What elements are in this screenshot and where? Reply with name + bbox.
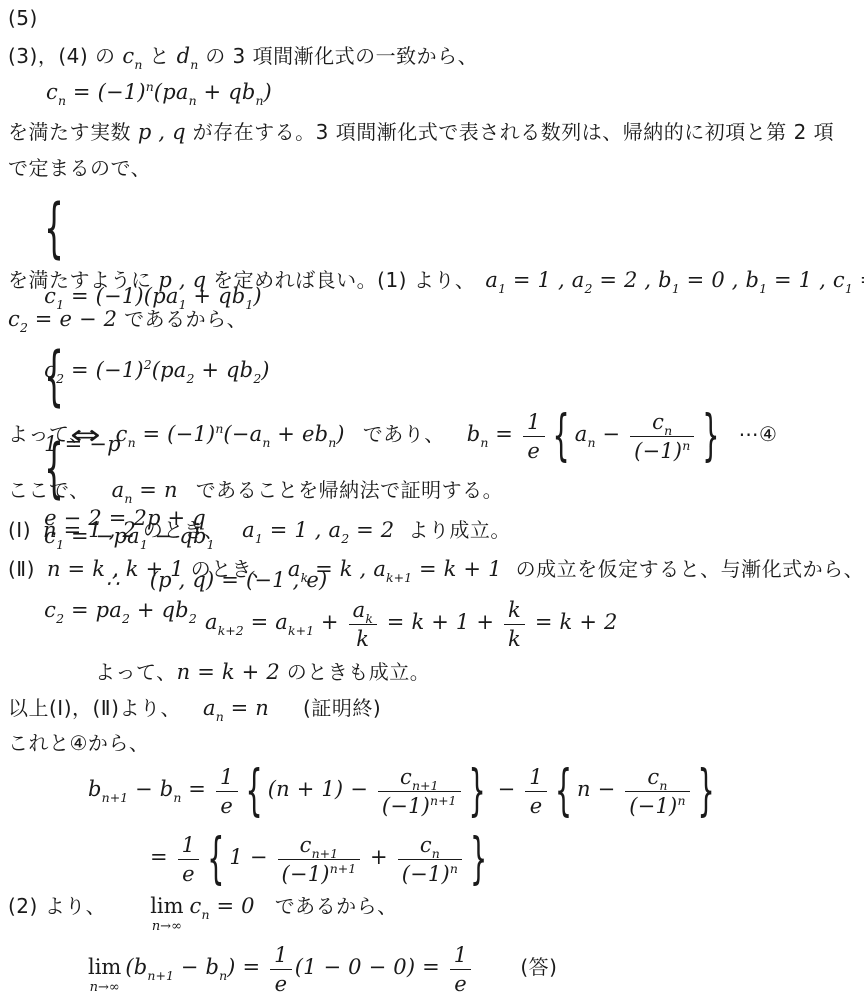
math-text: c [420, 833, 432, 857]
jp-text: のとき、 [143, 518, 224, 542]
math-text: p , q [138, 120, 186, 144]
curly-brace: { [553, 405, 570, 469]
line-step-conclusion: よって、n = k + 2 のときも成立。 [95, 656, 430, 685]
math-text: = 1 , [767, 268, 833, 292]
line-define-pq: を満たすように p , q を定めれば良い。(1) より、a1 = 1 , a2… [8, 264, 864, 293]
math-text: e [527, 439, 540, 463]
math-text: c [116, 422, 128, 446]
math-text: c [400, 765, 412, 789]
jp-text: であるから、 [275, 894, 398, 918]
math-text: a [373, 557, 386, 581]
math-text: k [508, 598, 521, 622]
fraction-numerator: cn [625, 765, 689, 792]
subscript: 1 [759, 281, 767, 296]
math-text: e [182, 862, 195, 886]
subscript: n [189, 93, 197, 108]
document-page: { "page": {"background": "#ffffff", "tex… [0, 0, 864, 999]
math-text: (− [223, 422, 249, 446]
fraction-denominator: k [504, 625, 525, 651]
line-recurrence-match: (3)，(4) の cn と dn の 3 項間漸化式の一致から、 [8, 40, 478, 69]
math-text: b [134, 955, 148, 979]
subscript: 2 [122, 611, 130, 626]
math-text: (−1) [402, 862, 450, 886]
limit-operator: limn→∞ [150, 896, 183, 933]
jp-text: より成立。 [408, 518, 511, 542]
fraction-numerator: 1 [450, 943, 472, 970]
subscript: k [365, 611, 373, 626]
subscript: n [202, 907, 210, 922]
math-text: b [467, 422, 481, 446]
jp-text: よって、 [8, 422, 90, 446]
math-text: (1 − 0 − 0) = [295, 955, 447, 979]
math-text: e [454, 972, 467, 996]
cases-brace-left: { [44, 191, 64, 267]
fraction-denominator: (−1)n+1 [278, 860, 361, 886]
subscript: 1 [672, 281, 680, 296]
math-text: (−1) [629, 794, 677, 818]
formula-final-answer: limn→∞(bn+1 − bn) = 1e(1 − 0 − 0) = 1e(答… [88, 943, 557, 996]
jp-text: のとき、 [191, 557, 272, 581]
math-text: c [122, 44, 134, 68]
line-number-5: (5) [8, 6, 38, 30]
math-text: a [575, 422, 588, 446]
fraction-numerator: 1 [523, 410, 545, 437]
jp-text: の成立を仮定すると、与漸化式から、 [516, 557, 864, 581]
math-text: qb [162, 598, 189, 622]
fraction: 1e [216, 765, 238, 818]
math-text: − [174, 955, 206, 979]
fraction: akk [349, 598, 377, 651]
superscript: n [146, 79, 154, 94]
line-induction-conclusion: 以上(Ⅰ)，(Ⅱ)より、an = n(証明終) [8, 692, 381, 721]
math-text: b [658, 268, 672, 292]
math-text: k [508, 627, 521, 651]
math-text: a [112, 478, 125, 502]
math-text: a [485, 268, 498, 292]
math-text: n = 1 , 2 [43, 518, 143, 542]
math-text: p , q [158, 268, 206, 292]
fraction: cn(−1)n [625, 765, 689, 818]
cases-brace: { [44, 339, 64, 415]
math-text: 1 [454, 943, 468, 967]
jp-text: (3)，(4) の [8, 44, 122, 68]
subscript: n [664, 423, 672, 438]
math-text: = n [224, 696, 269, 720]
math-text: c [8, 307, 20, 331]
math-text: (n + 1) − [268, 777, 375, 801]
line-limit-cn: (2) より、limn→∞cn = 0であるから、 [8, 890, 398, 927]
subscript: n+1 [412, 778, 438, 793]
math-text: + [270, 422, 302, 446]
math-text: b [205, 955, 219, 979]
math-text: c [652, 410, 664, 434]
formula-cn-pq: cn = (−1)n(pan + qbn) [46, 80, 272, 104]
math-text: a [205, 610, 218, 634]
math-text: ( [154, 80, 162, 104]
fraction-numerator: 1 [525, 765, 547, 792]
math-text: = (−1) [66, 80, 146, 104]
fraction: cn+1(−1)n+1 [378, 765, 461, 818]
math-text: e [530, 794, 543, 818]
line-induction-intro: ここで、an = nであることを帰納法で証明する。 [8, 474, 503, 503]
limit-subscript: n→∞ [150, 920, 183, 933]
superscript: n [682, 438, 690, 453]
math-text: c [833, 268, 845, 292]
math-text: a [250, 422, 263, 446]
curly-brace: } [469, 760, 486, 824]
jp-text: であり、 [363, 422, 445, 446]
subscript: n [587, 435, 595, 450]
equation-row-c2-simplified: c2 = pa2 + qb2 [44, 599, 214, 622]
subscript: 1 [255, 531, 263, 546]
line-determined-by: で定まるので、 [8, 152, 151, 181]
fraction-denominator: e [450, 970, 472, 996]
limit-subscript: n→∞ [88, 981, 121, 994]
math-text: = [150, 845, 175, 869]
jp-text: よって、 [95, 660, 177, 684]
jp-text: (証明終) [303, 696, 381, 720]
limit-operator: limn→∞ [88, 957, 121, 994]
math-text: a [288, 557, 301, 581]
subscript: n+1 [147, 968, 173, 983]
math-text: 1 [274, 943, 288, 967]
fraction-denominator: (−1)n [625, 792, 689, 818]
jp-text: であることを帰納法で証明する。 [196, 478, 504, 502]
subscript: n [255, 93, 263, 108]
fraction: cn+1(−1)n+1 [278, 833, 361, 886]
fraction-numerator: cn+1 [278, 833, 361, 860]
math-text: = 2 , [592, 268, 658, 292]
line-induction-base: (Ⅰ)n = 1 , 2 のとき、a1 = 1 , a2 = 2より成立。 [8, 514, 511, 543]
math-text: c [647, 765, 659, 789]
fraction: cn(−1)n [398, 833, 462, 886]
math-text: a [572, 268, 585, 292]
math-text: n = k + 2 [177, 660, 287, 684]
math-text: + [363, 845, 395, 869]
math-text: = 2 [349, 518, 394, 542]
jp-text: の 3 項間漸化式の一致から、 [198, 44, 478, 68]
math-text: e [220, 794, 233, 818]
math-text: − [128, 777, 160, 801]
curly-brace: { [555, 760, 572, 824]
fraction-denominator: e [525, 792, 547, 818]
subscript: n+1 [102, 790, 128, 805]
formula-bn-difference-2: = 1e{1 − cn+1(−1)n+1 + cn(−1)n} [150, 833, 492, 886]
fraction-denominator: e [178, 860, 200, 886]
math-text: qb [228, 80, 255, 104]
math-text: k [356, 627, 369, 651]
jp-text: と [142, 44, 176, 68]
math-text: (−1) [634, 439, 682, 463]
math-text: 1 − [229, 845, 274, 869]
subscript: k+1 [288, 623, 314, 638]
fraction-denominator: e [270, 970, 292, 996]
math-text: a [275, 610, 288, 634]
math-text: = 0 , [680, 268, 746, 292]
math-text: = [64, 598, 96, 622]
fraction-numerator: cn+1 [378, 765, 461, 792]
math-text: 1 [220, 765, 234, 789]
subscript: k+1 [386, 570, 412, 585]
superscript: n [677, 793, 685, 808]
fraction-numerator: 1 [216, 765, 238, 792]
math-text: = 0 [210, 894, 255, 918]
jp-text: ここで、 [8, 478, 90, 502]
subscript: 2 [20, 320, 28, 335]
math-text: ) [264, 80, 272, 104]
math-text: ) [336, 422, 344, 446]
jp-text: のときも成立。 [287, 660, 431, 684]
line-pq-exists: を満たす実数 p , q が存在する。3 項間漸化式で表される数列は、帰納的に初… [8, 116, 834, 145]
limit-label: lim [150, 896, 183, 917]
subscript: 2 [189, 611, 197, 626]
math-text: + [197, 80, 229, 104]
line-c2-value: c2 = e − 2 であるから、 [8, 303, 247, 332]
jp-text: を定めれば良い。(1) より、 [206, 268, 475, 292]
subscript: n [58, 93, 66, 108]
math-text: eb [302, 422, 328, 446]
math-text: a [203, 696, 216, 720]
fraction-denominator: e [216, 792, 238, 818]
math-text: pa [96, 598, 122, 622]
subscript: 1 [498, 281, 506, 296]
subscript: 1 [845, 281, 853, 296]
fraction: 1e [523, 410, 545, 463]
math-text: + [130, 598, 162, 622]
fraction-denominator: (−1)n+1 [378, 792, 461, 818]
math-text: n − [577, 777, 622, 801]
jp-text: を満たすように [8, 268, 158, 292]
fraction: cn(−1)n [630, 410, 694, 463]
line-cn-bn-formula: よって、cn = (−1)n(−an + ebn)であり、bn = 1e{an … [8, 410, 777, 463]
fraction-numerator: cn [398, 833, 462, 860]
math-text: c [46, 80, 58, 104]
superscript: n+1 [430, 793, 456, 808]
jp-text: (5) [8, 6, 38, 30]
math-text: 1 [529, 765, 543, 789]
math-text: c [44, 598, 56, 622]
math-text: e [275, 972, 288, 996]
jp-text: 以上(Ⅰ)，(Ⅱ)より、 [8, 696, 181, 720]
fraction: 1e [270, 943, 292, 996]
limit-label: lim [88, 957, 121, 978]
math-text: = 1 , [506, 268, 572, 292]
math-text: a [353, 598, 366, 622]
math-text: = 1 , [853, 268, 864, 292]
math-text: a [242, 518, 255, 542]
fraction-denominator: e [523, 437, 545, 463]
fraction: kk [504, 598, 525, 651]
subscript: k+2 [218, 623, 244, 638]
subscript: n [219, 968, 227, 983]
math-text: ( [125, 955, 133, 979]
curly-brace: } [470, 828, 487, 892]
math-text: c [190, 894, 202, 918]
fraction-numerator: 1 [178, 833, 200, 860]
math-text: − [596, 422, 628, 446]
curly-brace: } [702, 405, 719, 469]
math-text: a [329, 518, 342, 542]
math-text: = 1 , [263, 518, 329, 542]
math-text: = [488, 422, 520, 446]
fraction-numerator: 1 [270, 943, 292, 970]
math-text: (−1) [382, 794, 430, 818]
math-text: c [300, 833, 312, 857]
line-from-formula-4: これと④から、 [8, 727, 149, 756]
math-text: = k , [308, 557, 373, 581]
fraction-denominator: (−1)n [630, 437, 694, 463]
fraction: 1e [450, 943, 472, 996]
subscript: n [128, 435, 136, 450]
fraction-numerator: ak [349, 598, 377, 625]
subscript: n [216, 709, 224, 724]
math-text: ) = [227, 955, 267, 979]
curly-brace: { [207, 828, 224, 892]
jp-text: (Ⅱ) [8, 557, 35, 581]
math-text: = e − 2 [28, 307, 124, 331]
jp-text: (答) [520, 955, 557, 979]
math-text: = [244, 610, 276, 634]
jp-text: ⋯④ [738, 422, 777, 446]
math-text: pa [162, 80, 188, 104]
math-text: 1 [182, 833, 196, 857]
math-text: = n [132, 478, 177, 502]
jp-text: (2) より、 [8, 894, 106, 918]
math-text: d [177, 44, 191, 68]
jp-text: これと④から、 [8, 731, 149, 755]
fraction: 1e [178, 833, 200, 886]
math-text: = k + 1 + [380, 610, 501, 634]
math-text: b [746, 268, 760, 292]
math-text: b [160, 777, 174, 801]
fraction-numerator: k [504, 598, 525, 625]
math-text: = [181, 777, 213, 801]
subscript: n [659, 778, 667, 793]
math-text: = k + 1 [412, 557, 502, 581]
superscript: n+1 [330, 861, 356, 876]
subscript: n [432, 846, 440, 861]
math-text: − [491, 777, 523, 801]
superscript: n [450, 861, 458, 876]
jp-text: が存在する。3 項間漸化式で表される数列は、帰納的に初項と第 2 項 [186, 120, 834, 144]
fraction-numerator: cn [630, 410, 694, 437]
curly-brace: } [698, 760, 715, 824]
fraction-denominator: k [349, 625, 377, 651]
jp-text: で定まるので、 [8, 156, 151, 180]
jp-text: (Ⅰ) [8, 518, 31, 542]
math-text: 1 [527, 410, 541, 434]
math-text: + [314, 610, 346, 634]
jp-text: であるから、 [124, 307, 247, 331]
subscript: 2 [56, 611, 64, 626]
line-induction-step: (Ⅱ)n = k , k + 1 のとき、ak = k , ak+1 = k +… [8, 553, 864, 582]
formula-bn-difference-1: bn+1 − bn = 1e{(n + 1) − cn+1(−1)n+1} − … [88, 765, 720, 818]
fraction-denominator: (−1)n [398, 860, 462, 886]
curly-brace: { [246, 760, 263, 824]
math-text: (−1) [282, 862, 330, 886]
math-text: = (−1) [136, 422, 216, 446]
jp-text: を満たす実数 [8, 120, 138, 144]
math-text: b [88, 777, 102, 801]
formula-ak-plus-2: ak+2 = ak+1 + akk = k + 1 + kk = k + 2 [205, 598, 618, 651]
math-text: n = k , k + 1 [47, 557, 191, 581]
fraction: 1e [525, 765, 547, 818]
subscript: n+1 [312, 846, 338, 861]
math-text: = k + 2 [528, 610, 618, 634]
